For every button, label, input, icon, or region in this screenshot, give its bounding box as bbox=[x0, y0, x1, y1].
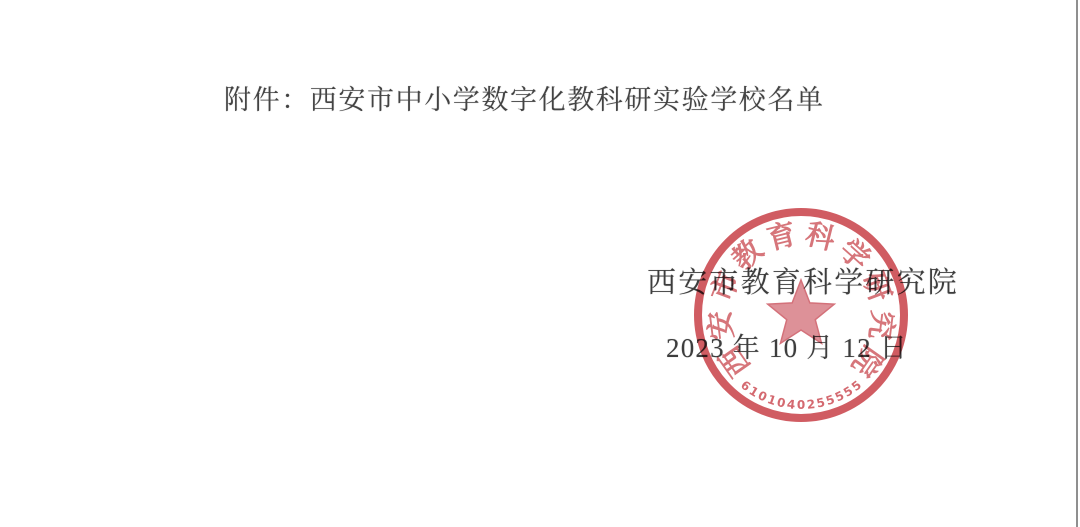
svg-text:0: 0 bbox=[776, 395, 787, 410]
page-edge-line bbox=[1076, 0, 1078, 527]
svg-text:科: 科 bbox=[802, 216, 838, 256]
svg-text:究: 究 bbox=[863, 309, 900, 342]
svg-text:安: 安 bbox=[703, 309, 739, 342]
attachment-heading: 附件：西安市中小学数字化教科研实验学校名单 bbox=[224, 84, 825, 117]
star-icon bbox=[768, 280, 835, 343]
svg-text:2: 2 bbox=[806, 397, 816, 412]
svg-text:0: 0 bbox=[797, 398, 805, 412]
official-seal-stamp: 西安市教育科学研究院 6101040255555 bbox=[686, 200, 916, 430]
svg-text:4: 4 bbox=[786, 397, 796, 412]
document-page: 附件：西安市中小学数字化教科研实验学校名单 西安市教育科学研究院 2023 年 … bbox=[0, 0, 1080, 527]
svg-text:育: 育 bbox=[763, 216, 799, 256]
